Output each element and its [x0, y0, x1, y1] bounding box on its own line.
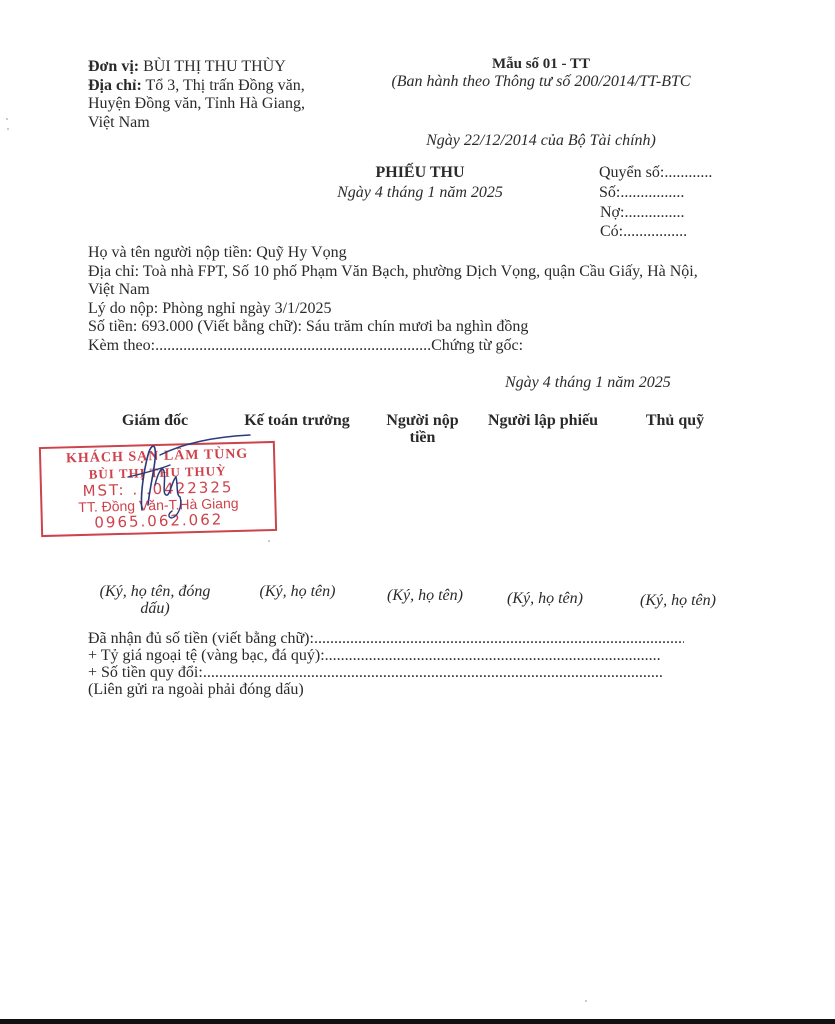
payment-reason: Lý do nộp: Phòng nghỉ ngày 3/1/2025 — [88, 300, 768, 319]
sig-note-chief-accountant: (Ký, họ tên) — [245, 583, 350, 600]
address-value-2: Huyện Đồng văn, Tỉnh Hà Giang, — [88, 95, 305, 114]
form-basis-line1: (Ban hành theo Thông tư số 200/2014/TT-B… — [376, 73, 706, 91]
address-value-1: Tổ 3, Thị trấn Đồng văn, — [146, 77, 305, 94]
receipt-confirmation: Đã nhận đủ số tiền (viết bằng chữ):.....… — [88, 630, 684, 698]
address-line: Địa chỉ: Tổ 3, Thị trấn Đồng văn, — [88, 77, 305, 96]
payer-address-2: Việt Nam — [88, 281, 768, 300]
book-number: Quyển số:............ — [599, 164, 712, 182]
unit-label: Đơn vị: — [88, 58, 139, 75]
unit-info: Đơn vị: BÙI THỊ THU THÙY Địa chỉ: Tổ 3, … — [88, 58, 305, 132]
received-label: Đã nhận đủ số tiền (viết bằng chữ): — [88, 630, 314, 647]
form-number: Mẫu số 01 - TT — [376, 56, 706, 73]
payer-details: Họ và tên người nộp tiền: Quỹ Hy Vọng Đị… — [88, 244, 768, 355]
scan-speck — [268, 540, 270, 542]
unit-value: BÙI THỊ THU THÙY — [143, 58, 286, 75]
debit-account: Nợ:............... — [600, 204, 684, 222]
exchange-label: + Tỷ giá ngoại tệ (vàng bạc, đá quý): — [88, 647, 325, 664]
sig-note-preparer: (Ký, họ tên) — [495, 590, 595, 607]
sig-note-director-line1: (Ký, họ tên, đóng — [85, 583, 225, 600]
payer-name: Họ và tên người nộp tiền: Quỹ Hy Vọng — [88, 244, 768, 263]
signature-date: Ngày 4 tháng 1 năm 2025 — [505, 374, 671, 392]
received-dots: ........................................… — [314, 630, 684, 647]
sig-note-director: (Ký, họ tên, đóng dấu) — [85, 583, 225, 617]
sig-title-payer-line2: tiền — [375, 429, 470, 446]
unit-line: Đơn vị: BÙI THỊ THU THÙY — [88, 58, 305, 77]
sig-note-director-line2: dấu) — [85, 600, 225, 617]
sig-title-preparer: Người lập phiếu — [478, 412, 608, 429]
handwritten-signature-icon — [100, 425, 280, 535]
exchange-dots: ........................................… — [325, 647, 660, 664]
scan-speck — [6, 118, 8, 120]
scan-speck — [7, 128, 9, 130]
address-label: Địa chỉ: — [88, 77, 142, 94]
attachments: Kèm theo:...............................… — [88, 337, 768, 356]
payer-address-1: Địa chỉ: Toà nhà FPT, Số 10 phố Phạm Văn… — [88, 263, 768, 282]
sig-title-cashier: Thủ quỹ — [630, 412, 720, 429]
sig-title-payer-line1: Người nộp — [375, 412, 470, 429]
converted-line: + Số tiền quy đổi:......................… — [88, 664, 684, 681]
received-line: Đã nhận đủ số tiền (viết bằng chữ):.....… — [88, 630, 684, 647]
credit-account: Có:................ — [600, 223, 687, 241]
exchange-line: + Tỷ giá ngoại tệ (vàng bạc, đá quý):...… — [88, 647, 684, 664]
sig-note-payer: (Ký, họ tên) — [375, 587, 475, 604]
document-title: PHIẾU THU — [300, 164, 540, 182]
document-date: Ngày 4 tháng 1 năm 2025 — [300, 184, 540, 202]
form-basis-line2: Ngày 22/12/2014 của Bộ Tài chính) — [376, 132, 706, 150]
address-value-3: Việt Nam — [88, 114, 305, 133]
copy-note: (Liên gửi ra ngoài phải đóng dấu) — [88, 681, 684, 698]
payment-amount: Số tiền: 693.000 (Viết bằng chữ): Sáu tr… — [88, 318, 768, 337]
scan-bottom-edge — [0, 1019, 835, 1024]
sig-title-payer: Người nộp tiền — [375, 412, 470, 446]
converted-label: + Số tiền quy đổi: — [88, 664, 203, 681]
converted-dots: ........................................… — [203, 664, 663, 681]
sig-note-cashier: (Ký, họ tên) — [628, 592, 728, 609]
document-number: Số:................ — [599, 184, 684, 202]
scan-speck — [585, 1000, 587, 1002]
